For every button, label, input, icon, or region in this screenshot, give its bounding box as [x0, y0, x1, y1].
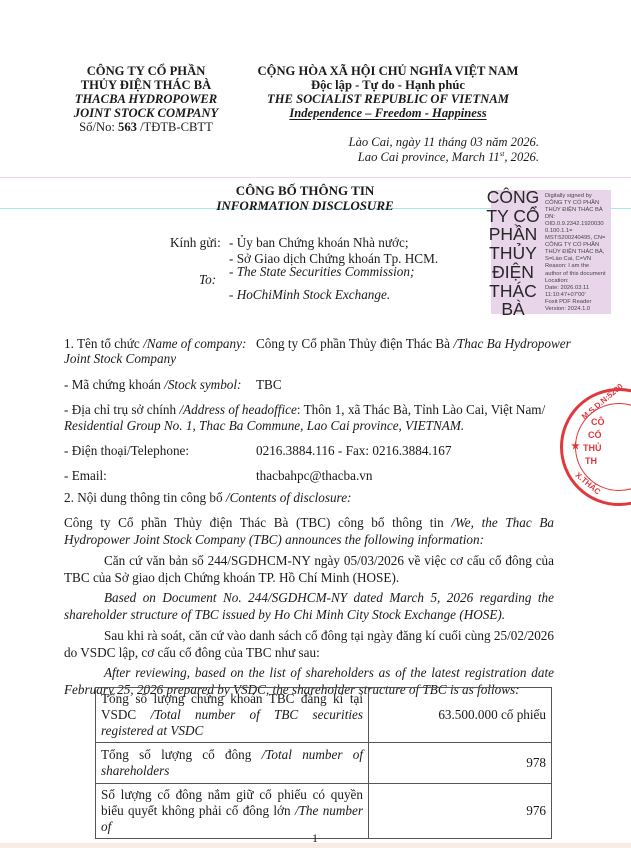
signature-signer-name: CÔNGTY CỔPHẦNTHỦYĐIỆNTHÁCBÀ — [486, 188, 540, 319]
heading-en: /Contents of disclosure: — [226, 490, 352, 505]
signature-name-line: PHẦN — [486, 225, 540, 244]
recipient-vi-1: - Ủy ban Chứng khoán Nhà nước; — [229, 235, 409, 251]
signature-detail-line: OID.0.9.2342.1920030 — [545, 221, 631, 228]
company-value-vi: Công ty Cổ phần Thủy điện Thác Bà — [256, 336, 453, 351]
document-title: CÔNG BỐ THÔNG TIN INFORMATION DISCLOSURE — [180, 183, 430, 213]
signature-detail-line: THỦY ĐIỆN THÁC BÀ — [545, 207, 631, 214]
signature-detail-line: author of this document — [545, 271, 631, 278]
company-name-vi-1: CÔNG TY CỔ PHẦN — [60, 64, 232, 78]
paragraph-basis-vi: Căn cứ văn bản số 244/SGDHCM-NY ngày 05/… — [64, 553, 554, 586]
motto-en: Independence – Freedom - Happiness — [240, 106, 536, 120]
seal-line-4: TH — [585, 456, 597, 466]
signature-detail-line: Foxit PDF Reader — [545, 299, 631, 306]
signature-name-line: CÔNG — [486, 188, 540, 207]
address-label-en: /Address of headoffice — [179, 402, 296, 417]
table-cell-label: Tổng số lượng cổ đông /Total number of s… — [96, 743, 369, 784]
table-cell-label: Tổng số lượng chứng khoán TBC đăng kí tạ… — [96, 688, 369, 743]
disclosure-intro: Công ty Cổ phần Thủy điện Thác Bà (TBC) … — [64, 515, 554, 548]
intro-vi: Công ty Cổ phần Thủy điện Thác Bà (TBC) … — [64, 515, 451, 530]
date-vi: Lào Cai, ngày 11 tháng 03 năm 2026. — [349, 135, 539, 150]
page-bottom-edge — [0, 843, 631, 848]
title-vi: CÔNG BỐ THÔNG TIN — [180, 183, 430, 198]
seal-line-1: CÔ — [591, 417, 605, 427]
signature-detail-line: Date: 2026.03.11 — [545, 285, 631, 292]
recipient-en-2: - HoChiMinh Stock Exchange. — [229, 287, 390, 303]
company-label-en: /Name of company: — [143, 336, 246, 351]
signature-name-line: BÀ — [486, 300, 540, 319]
symbol-label-en: /Stock symbol: — [164, 377, 241, 392]
signature-detail-line: DN: — [545, 214, 631, 221]
paragraph-review-vi: Sau khi rà soát, căn cứ vào danh sách cổ… — [64, 628, 554, 661]
republic-name-vi: CỘNG HÒA XÃ HỘI CHỦ NGHĨA VIỆT NAM — [240, 64, 536, 78]
company-header: CÔNG TY CỔ PHẦN THỦY ĐIỆN THÁC BÀ THACBA… — [60, 64, 232, 134]
signature-detail-line: Digitally signed by — [545, 193, 631, 200]
signature-name-line: THỦY — [486, 244, 540, 263]
date-en-prefix: Lao Cai province, March 11 — [358, 150, 500, 164]
telephone-label: - Điện thoại/Telephone: — [64, 443, 189, 460]
title-en: INFORMATION DISCLOSURE — [180, 198, 430, 213]
republic-name-en: THE SOCIALIST REPUBLIC OF VIETNAM — [240, 92, 536, 106]
document-number-label: Số/No: — [79, 120, 118, 134]
document-number-value: 563 — [118, 120, 137, 134]
table-cell-value: 63.500.000 cổ phiếu — [369, 688, 552, 743]
symbol-label-vi: - Mã chứng khoán — [64, 377, 164, 392]
stock-symbol-value: TBC — [256, 377, 282, 394]
company-label-vi: 1. Tên tổ chức — [64, 336, 143, 351]
company-name-en-1: THACBA HYDROPOWER — [60, 92, 232, 106]
headoffice-address: - Địa chỉ trụ sở chính /Address of heado… — [64, 402, 554, 419]
signature-details: Digitally signed byCÔNG TY CỔ PHẦNTHỦY Đ… — [545, 193, 631, 313]
signature-detail-line: THỦY ĐIỆN THÁC BÀ, — [545, 249, 631, 256]
seal-line-3: THỦ — [583, 443, 602, 453]
seal-line-2: CỔ — [588, 430, 602, 440]
company-name-vi-2: THỦY ĐIỆN THÁC BÀ — [60, 78, 232, 92]
heading-vi: 2. Nội dung thông tin công bố — [64, 490, 226, 505]
table-cell-value: 976 — [369, 784, 552, 839]
date-en: Lao Cai province, March 11st, 2026. — [358, 150, 539, 165]
table-row: Tổng số lượng cổ đông /Total number of s… — [96, 743, 552, 784]
address-value-vi: : Thôn 1, xã Thác Bà, Tỉnh Lào Cai, Việt… — [297, 402, 545, 417]
signature-name-line: THÁC — [486, 282, 540, 301]
document-number-suffix: /TĐTB-CBTT — [137, 120, 213, 134]
date-en-suffix: , 2026. — [504, 150, 539, 164]
telephone-value: 0216.3884.116 - Fax: 0216.3884.167 — [256, 443, 452, 460]
signature-detail-line: Reason: I am the — [545, 263, 631, 270]
table-row: Tổng số lượng chứng khoán TBC đăng kí tạ… — [96, 688, 552, 743]
seal-star-icon: ★ — [571, 441, 580, 452]
signature-detail-line: Location: — [545, 278, 631, 285]
recipient-en-1: - The State Securities Commission; — [229, 264, 414, 280]
document-number: Số/No: 563 /TĐTB-CBTT — [60, 120, 232, 134]
republic-header: CỘNG HÒA XÃ HỘI CHỦ NGHĨA VIỆT NAM Độc l… — [240, 64, 536, 120]
company-name-en-2: JOINT STOCK COMPANY — [60, 106, 232, 120]
signature-detail-line: 11:10:47+07'00' — [545, 292, 631, 299]
company-name-value-cont: Joint Stock Company — [64, 351, 176, 368]
signature-detail-line: Version: 2024.1.0 — [545, 306, 631, 313]
company-seal-stamp: M.S.D.N:5200 CÔ CỔ THỦ TH ★ X.THÁC — [560, 388, 631, 506]
shareholder-structure-table: Tổng số lượng chứng khoán TBC đăng kí tạ… — [95, 687, 552, 839]
motto-en-text: Independence – Freedom - Happiness — [289, 106, 486, 120]
signature-detail-line: 0.100.1.1= — [545, 228, 631, 235]
signature-detail-line: S=Lào Cai, C=VN — [545, 256, 631, 263]
company-name-value: Công ty Cổ phần Thủy điện Thác Bà /Thac … — [256, 336, 571, 353]
paragraph-basis-en: Based on Document No. 244/SGDHCM-NY date… — [64, 590, 554, 623]
motto-vi: Độc lập - Tự do - Hạnh phúc — [240, 78, 536, 92]
recipient-label-en: To: — [199, 272, 216, 288]
stock-symbol-label: - Mã chứng khoán /Stock symbol: — [64, 377, 241, 394]
signature-name-line: TY CỔ — [486, 207, 540, 226]
page-guide-line-pink — [0, 177, 631, 178]
recipient-label-vi: Kính gửi: — [170, 235, 221, 251]
headoffice-address-en: Residential Group No. 1, Thac Ba Commune… — [64, 418, 464, 435]
table-cell-value: 978 — [369, 743, 552, 784]
signature-name-line: ĐIỆN — [486, 263, 540, 282]
address-label-vi: - Địa chỉ trụ sở chính — [64, 402, 179, 417]
email-label: - Email: — [64, 468, 107, 485]
disclosure-heading: 2. Nội dung thông tin công bố /Contents … — [64, 490, 351, 507]
email-value[interactable]: thacbahpc@thacba.vn — [256, 468, 373, 485]
row-label-vi: Tổng số lượng cổ đông — [101, 747, 262, 762]
company-value-en: /Thac Ba Hydropower — [453, 336, 570, 351]
